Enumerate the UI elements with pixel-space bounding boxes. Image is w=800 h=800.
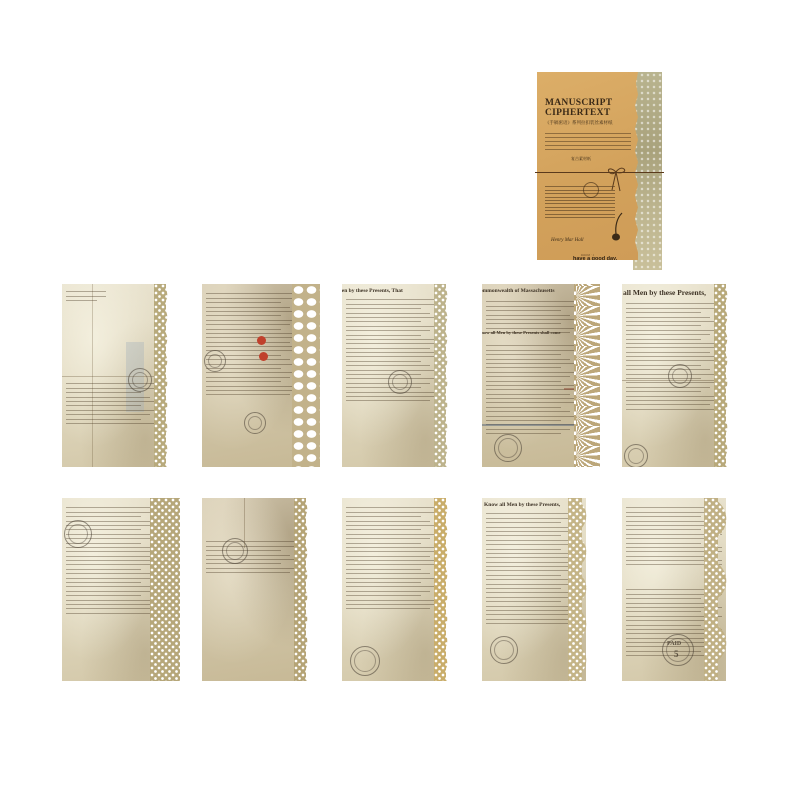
sheet-card-1 — [62, 284, 180, 467]
handwriting-lines — [206, 290, 302, 399]
sheet-paper — [202, 498, 306, 681]
lace-edge-large-scallop-scroll — [704, 498, 740, 681]
document-header: Know all Men by these Presents, That — [342, 288, 403, 294]
typed-lines — [486, 298, 582, 337]
package-title: MANUSCRIPT CIPHERTEXT — [545, 98, 635, 118]
red-wax-seal-icon — [257, 336, 266, 345]
paid-stamp-icon: PAID 5 — [662, 634, 694, 666]
sheet-card-9: Know all Men by these Presents, — [482, 498, 600, 681]
postmark-stamp-icon — [128, 368, 152, 392]
package-title-line1: MANUSCRIPT — [545, 98, 635, 108]
document-header: Commonwealth of Massachusetts — [482, 288, 555, 294]
document-header: Know all Men by these Presents, — [622, 288, 706, 297]
lace-edge-big-scallop-lattice — [568, 498, 600, 681]
document-header: Know all Men by these Presents, — [484, 502, 560, 508]
sheet-card-3: Know all Men by these Presents, That — [342, 284, 460, 467]
seal-icon — [490, 636, 518, 664]
lace-edge-fan-cutout — [574, 284, 600, 467]
postmark-stamp-icon — [204, 350, 226, 372]
handwriting-lines — [206, 538, 302, 577]
sheet-card-8 — [342, 498, 460, 681]
sheet-paper: Know all Men by these Presents, That — [342, 284, 446, 467]
sheet-paper — [342, 498, 446, 681]
sheet-card-2 — [202, 284, 320, 467]
package-stamp-icon — [583, 182, 599, 198]
package-twine — [535, 172, 664, 173]
package-lace-strip — [633, 72, 662, 270]
lace-edge-scallop-dots — [154, 284, 180, 467]
lace-edge-flower-cutout — [292, 284, 320, 467]
package-subtitle: 《手稿密语》系列拉扣装丝素材纸 — [545, 120, 635, 126]
lace-edge-dense-cutout — [150, 498, 180, 681]
postmark-stamp-icon — [668, 364, 692, 388]
handwriting-lines — [626, 300, 722, 413]
postmark-stamp-icon — [350, 646, 380, 676]
lace-edge-scallop-dots — [294, 498, 320, 681]
blue-ribbon — [482, 424, 586, 426]
postmark-stamp-icon — [624, 444, 648, 467]
sheet-paper — [202, 284, 306, 467]
paid-stamp-text: PAID — [667, 641, 681, 647]
handwriting-lines — [346, 504, 442, 613]
product-package: MANUSCRIPT CIPHERTEXT 《手稿密语》系列拉扣装丝素材纸 复古… — [537, 72, 662, 270]
paid-stamp-number: 5 — [674, 649, 679, 659]
star-seal-icon — [494, 434, 522, 462]
sheet-card-4: Commonwealth of Massachusetts Know all M… — [482, 284, 600, 467]
lace-edge-gold-scroll — [434, 498, 460, 681]
red-wax-seal-icon — [259, 352, 268, 361]
package-small-label: 复古素材纸 — [571, 156, 591, 162]
sheet-card-10: PAID 5 — [622, 498, 740, 681]
sheet-paper — [62, 284, 166, 467]
sheet-paper: Commonwealth of Massachusetts Know all M… — [482, 284, 586, 467]
package-title-line2: CIPHERTEXT — [545, 108, 635, 118]
quill-inkwell-icon — [611, 212, 623, 242]
sheet-card-7 — [202, 498, 320, 681]
package-script-lines — [545, 130, 631, 153]
sheet-paper: Know all Men by these Presents, — [622, 284, 726, 467]
postmark-stamp-icon — [388, 370, 412, 394]
sheet-card-5: Know all Men by these Presents, — [622, 284, 740, 467]
postmark-stamp-icon — [244, 412, 266, 434]
sheet-card-6 — [62, 498, 180, 681]
package-brand: have a good day. — [573, 256, 617, 262]
postmark-stamp-icon — [64, 520, 92, 548]
handwriting-lines — [66, 288, 106, 305]
twine-bow-icon — [605, 166, 627, 192]
lace-edge-scallop-rings — [434, 284, 460, 467]
fold-line — [244, 498, 245, 548]
package-signature: Henry Mar Hall — [551, 238, 584, 243]
lace-edge-wavy-dots — [714, 284, 740, 467]
